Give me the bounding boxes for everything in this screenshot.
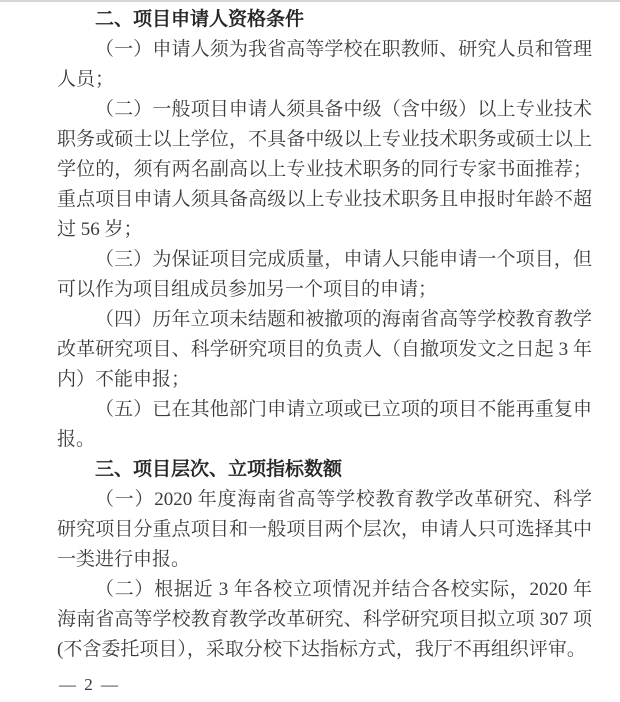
- page-number: — 2 —: [57, 671, 592, 699]
- paragraph-item-3: （三）为保证项目完成质量，申请人只能申请一个项目，但可以作为项目组成员参加另一个…: [57, 245, 592, 305]
- section-heading-project-levels-quota: 三、项目层次、立项指标数额: [57, 455, 592, 485]
- paragraph-item-6: （一）2020 年度海南省高等学校教育教学改革研究、科学研究项目分重点项目和一般…: [57, 485, 592, 575]
- document-content: 二、项目申请人资格条件 （一）申请人须为我省高等学校在职教师、研究人员和管理人员…: [0, 2, 620, 699]
- paragraph-item-2: （二）一般项目申请人须具备中级（含中级）以上专业技术职务或硕士以上学位，不具备中…: [57, 95, 592, 245]
- paragraph-item-4: （四）历年立项未结题和被撤项的海南省高等学校教育教学改革研究项目、科学研究项目的…: [57, 305, 592, 395]
- document-page: 二、项目申请人资格条件 （一）申请人须为我省高等学校在职教师、研究人员和管理人员…: [0, 0, 620, 702]
- paragraph-item-7: （二）根据近 3 年各校立项情况并结合各校实际，2020 年海南省高等学校教育教…: [57, 575, 592, 665]
- section-heading-applicant-qualifications: 二、项目申请人资格条件: [57, 5, 592, 35]
- paragraph-item-1: （一）申请人须为我省高等学校在职教师、研究人员和管理人员；: [57, 35, 592, 95]
- paragraph-item-5: （五）已在其他部门申请立项或已立项的项目不能再重复申报。: [57, 395, 592, 455]
